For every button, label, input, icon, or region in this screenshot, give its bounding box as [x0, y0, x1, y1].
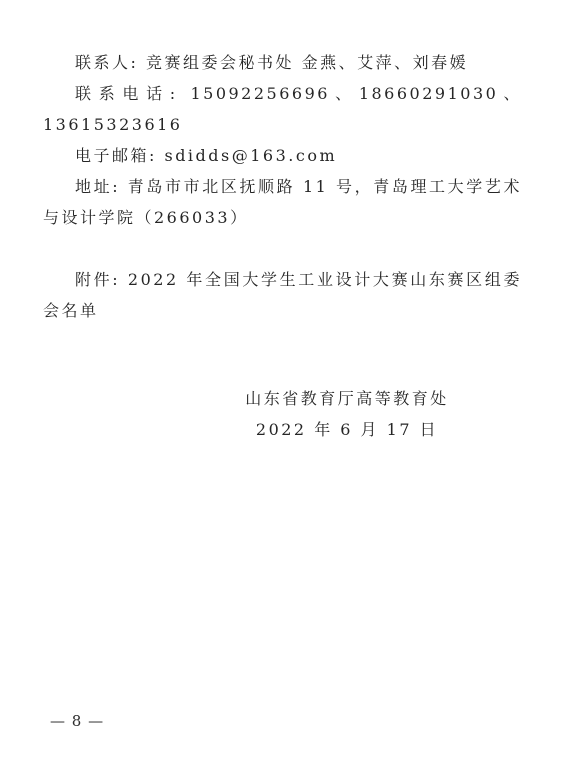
- signature-block: 山东省教育厅高等教育处 2022 年 6 月 17 日: [173, 383, 521, 445]
- document-page: 联系人: 竞赛组委会秘书处 金燕、艾萍、刘春媛 联系电话: 1509225669…: [0, 0, 576, 779]
- contact-person-line: 联系人: 竞赛组委会秘书处 金燕、艾萍、刘春媛: [43, 47, 522, 78]
- issue-date: 2022 年 6 月 17 日: [173, 414, 521, 445]
- attachment-line: 附件: 2022 年全国大学生工业设计大赛山东赛区组委会名单: [43, 264, 522, 326]
- document-body: 联系人: 竞赛组委会秘书处 金燕、艾萍、刘春媛 联系电话: 1509225669…: [43, 47, 522, 445]
- page-number: — 8 —: [50, 712, 104, 730]
- contact-phone-line: 联系电话: 15092256696、18660291030、1361532361…: [43, 78, 522, 140]
- address-line: 地址: 青岛市市北区抚顺路 11 号，青岛理工大学艺术与设计学院（266033）: [43, 171, 522, 233]
- issuer-name: 山东省教育厅高等教育处: [173, 383, 521, 414]
- contact-email-line: 电子邮箱: sdidds@163.com: [43, 140, 522, 171]
